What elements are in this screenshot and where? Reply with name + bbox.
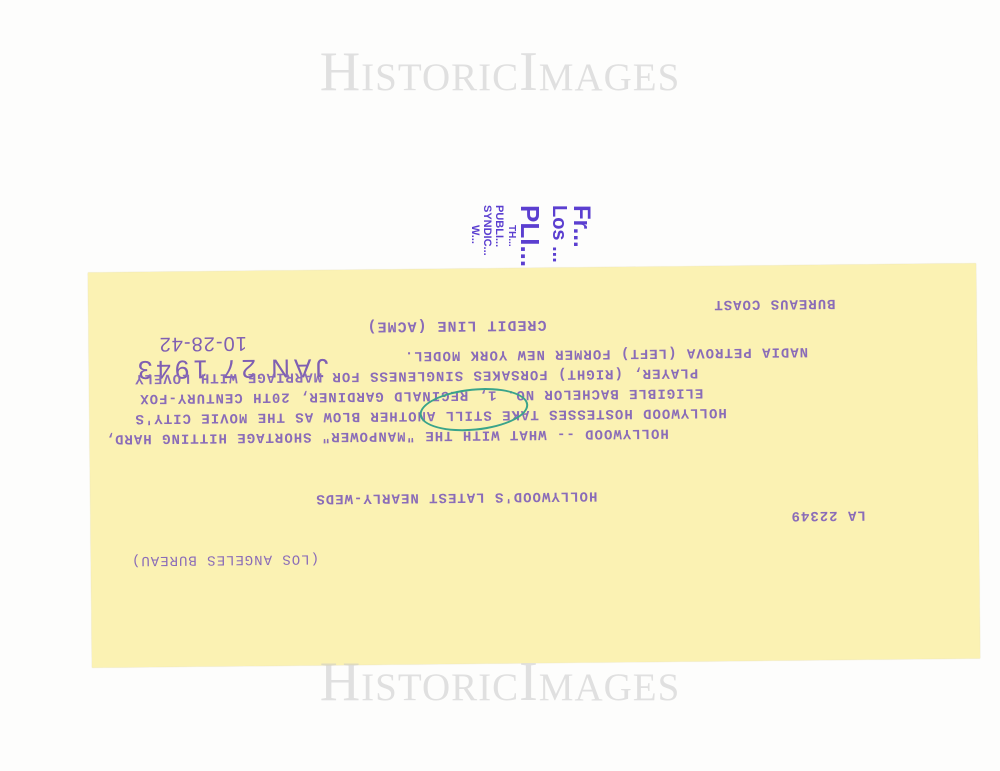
stamp-line: W... xyxy=(469,225,481,244)
caption-body-line: HOLLYWOOD -- WHAT WITH THE "MANPOWER" SH… xyxy=(105,425,669,447)
stamp-line: TH... xyxy=(506,225,517,247)
bureau-header: BUREAUS COAST xyxy=(713,295,835,312)
caption-body-line: NADIA PETROVA (LEFT) FORMER NEW YORK MOD… xyxy=(404,343,808,363)
credit-line: CREDIT LINE (ACME) xyxy=(366,316,546,335)
headline: HOLLYWOOD'S LATEST NEARLY-WEDS xyxy=(315,487,597,506)
stamp-line: Los ... xyxy=(547,205,570,263)
stamp-line: PUBLI... xyxy=(493,205,505,247)
caption-body-line: ELIGIBLE BACHELOR NO. 1, REGINALD GARDIN… xyxy=(139,384,703,406)
stamp-line: Fr... xyxy=(567,205,595,248)
reference-number: LA 22349 xyxy=(790,507,865,524)
stamp-line: SYNDIC... xyxy=(481,205,493,256)
date-code: 10-28-42 xyxy=(159,331,247,355)
watermark-bottom: HistoricImages xyxy=(0,650,1000,714)
bureau-footer: (LOS ANGELES BUREAU) xyxy=(131,550,319,568)
caption-slip: BUREAUS COAST CREDIT LINE (ACME) 10-28-4… xyxy=(88,263,980,667)
watermark-top: HistoricImages xyxy=(0,40,1000,104)
stamp-line: PLI... xyxy=(514,205,545,267)
